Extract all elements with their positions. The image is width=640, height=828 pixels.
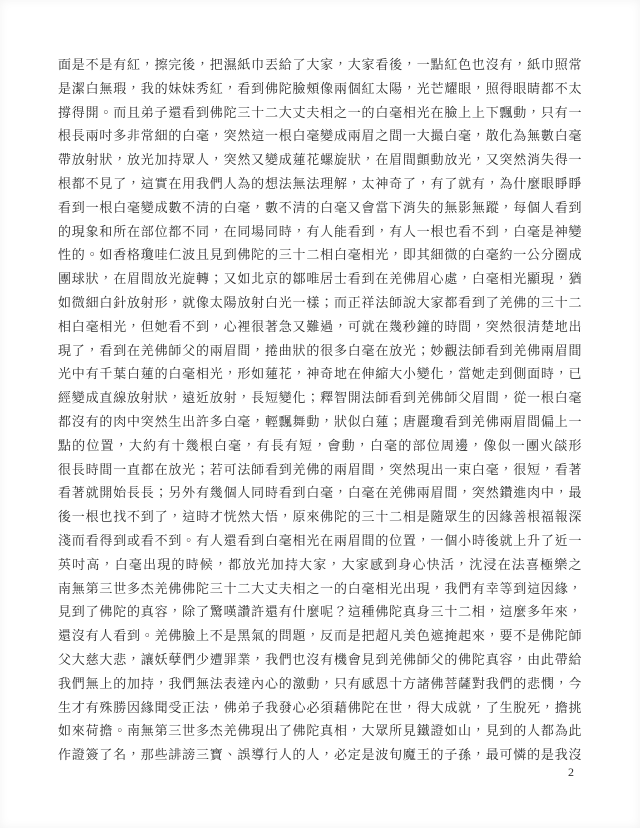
- text-line: 看到一根白毫變成數不清的白毫，數不清的白毫又會當下消失的無影無蹤，每個人看到: [58, 196, 582, 220]
- text-line: 團球狀，在眉間放光旋轉；又如北京的鄒唯居士看到在羌佛眉心處，白毫相光顯現，猶: [58, 267, 582, 291]
- text-line: 後一根也找不到了，這時才恍然大悟，原來佛陀的三十二相是隨眾生的因緣善根福報深: [58, 505, 582, 529]
- text-line: 的現象和所在部位都不同，在同場同時，有人能看到，有人一根也看不到，白毫是神變: [58, 220, 582, 244]
- text-line: 光中有千葉白蓮的白毫相光，形如蓮花，神奇地在伸縮大小變化，當她走到側面時，已: [58, 362, 582, 386]
- text-line: 現了，看到在羌佛師父的兩眉間，捲曲狀的很多白毫在放光；妙觀法師看到羌佛兩眉間: [58, 339, 582, 363]
- text-line: 性的。如香格瓊哇仁波且見到佛陀的三十二相白毫相光，即其細微的白毫約一公分圈成: [58, 243, 582, 267]
- text-line: 看著就開始長長；另外有幾個人同時看到白毫，白毫在羌佛兩眉間，突然鑽進肉中，最: [58, 481, 582, 505]
- text-line: 點的位置，大約有十幾根白毫，有長有短，會動，白毫的部位周邊，像似一團火燄形狀，: [58, 434, 582, 458]
- text-line: 我們無上的加持，我們無法表達內心的激動，只有感恩十方諸佛菩薩對我們的悲憫，今: [58, 672, 582, 696]
- text-line: 如微細白針放射形，就像太陽放射白光一樣；而正祥法師說大家都看到了羌佛的三十二: [58, 291, 582, 315]
- text-line: 生才有殊勝因緣聞受正法，佛弟子我發心必須藉佛陀在世，得大成就，了生脫死，擔挑: [58, 696, 582, 720]
- text-line: 見到了佛陀的真容，除了驚嘆讚許還有什麼呢？這種佛陀真身三十二相，這麼多年來，: [58, 600, 582, 624]
- text-line: 英吋高，白毫出現的時候，都放光加持大家，大家感到身心快活，沈浸在法喜極樂之中，: [58, 553, 582, 577]
- text-line: 南無第三世多杰羌佛佛陀三十二大丈夫相之一的白毫相光出現，我們有幸等到這因緣，: [58, 577, 582, 601]
- page-number: 2: [58, 764, 574, 780]
- text-line: 淺而看得到或看不到。有人還看到白毫相光在兩眉間的位置，一個小時後就上升了近一: [58, 529, 582, 553]
- text-line: 很長時間一直都在放光；若可法師看到羌佛的兩眉間，突然現出一束白毫，很短，看著: [58, 458, 582, 482]
- text-line: 都沒有的肉中突然生出許多白毫，輕飄舞動，狀似白蓮；唐麗瓊看到羌佛兩眉間偏上一: [58, 410, 582, 434]
- body-text: 面是不是有紅，擦完後，把濕紙巾丟給了大家，大家看後，一點紅色也沒有，紙巾照常 是…: [58, 53, 582, 767]
- text-line: 如來荷擔。南無第三世多杰羌佛現出了佛陀真相，大眾所見鐵證如山，見到的人都為此: [58, 719, 582, 743]
- document-page: 面是不是有紅，擦完後，把濕紙巾丟給了大家，大家看後，一點紅色也沒有，紙巾照常 是…: [0, 0, 640, 828]
- text-line: 撐得開。而且弟子還看到佛陀三十二大丈夫相之一的白毫相光在臉上上下飄動，只有一: [58, 101, 582, 125]
- text-line: 帶放射狀，放光加持眾人，突然又變成蓮花螺旋狀，在眉間顫動放光，又突然消失得一: [58, 148, 582, 172]
- text-line: 父大慈大悲，讓妖孽們少遭罪業，我們也沒有機會見到羌佛師父的佛陀真容，由此帶給: [58, 648, 582, 672]
- text-line: 面是不是有紅，擦完後，把濕紙巾丟給了大家，大家看後，一點紅色也沒有，紙巾照常: [58, 53, 582, 77]
- text-line: 經變成直線放射狀，遠近放射，長短變化；釋智開法師看到羌佛師父眉間，從一根白毫: [58, 386, 582, 410]
- text-line: 是潔白無瑕，我的妹妹秀紅，看到佛陀臉頰像兩個紅太陽，光芒耀眼，照得眼睛都不太: [58, 77, 582, 101]
- text-line: 相白毫相光，但她看不到，心裡很著急又難過，可就在幾秒鐘的時間，突然很清楚地出: [58, 315, 582, 339]
- text-line: 還沒有人看到。羌佛臉上不是黑氣的問題，反而是把超凡美色遮掩起來，要不是佛陀師: [58, 624, 582, 648]
- text-line: 根都不見了，這實在用我們人為的想法無法理解，太神奇了，有了就有，為什麼眼睜睜: [58, 172, 582, 196]
- text-line: 根長兩吋多非常細的白毫，突然這一根白毫變成兩眉之間一大撮白毫，散化為無數白毫: [58, 124, 582, 148]
